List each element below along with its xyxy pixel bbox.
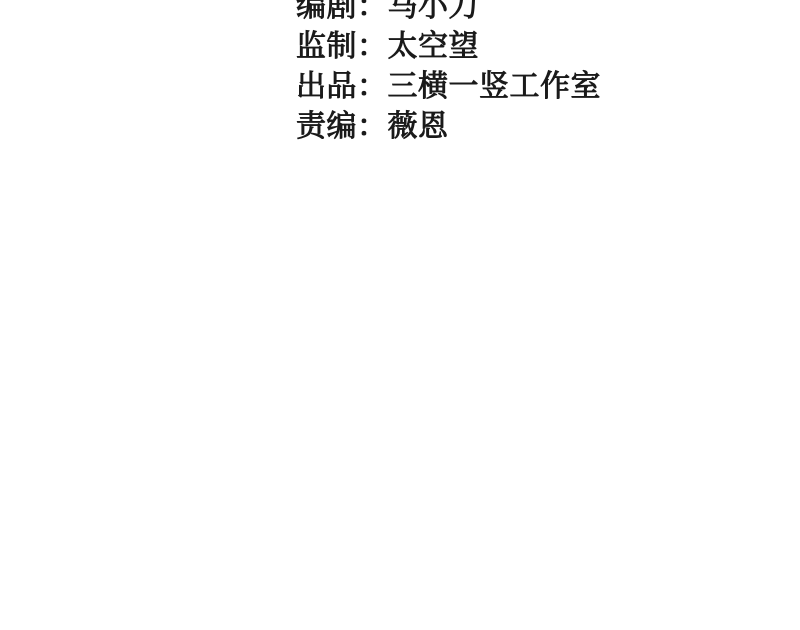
credit-line-producer: 出品：三横一竖工作室	[296, 67, 601, 107]
credit-line-supervisor: 监制：太空望	[296, 27, 601, 67]
credit-line-editor: 责编：薇恩	[296, 107, 601, 147]
comic-credits-page: 编剧：马小刀 监制：太空望 出品：三横一竖工作室 责编：薇恩	[0, 0, 800, 630]
credits-block: 编剧：马小刀 监制：太空望 出品：三横一竖工作室 责编：薇恩	[296, 0, 601, 147]
credit-line-screenwriter: 编剧：马小刀	[296, 0, 601, 27]
